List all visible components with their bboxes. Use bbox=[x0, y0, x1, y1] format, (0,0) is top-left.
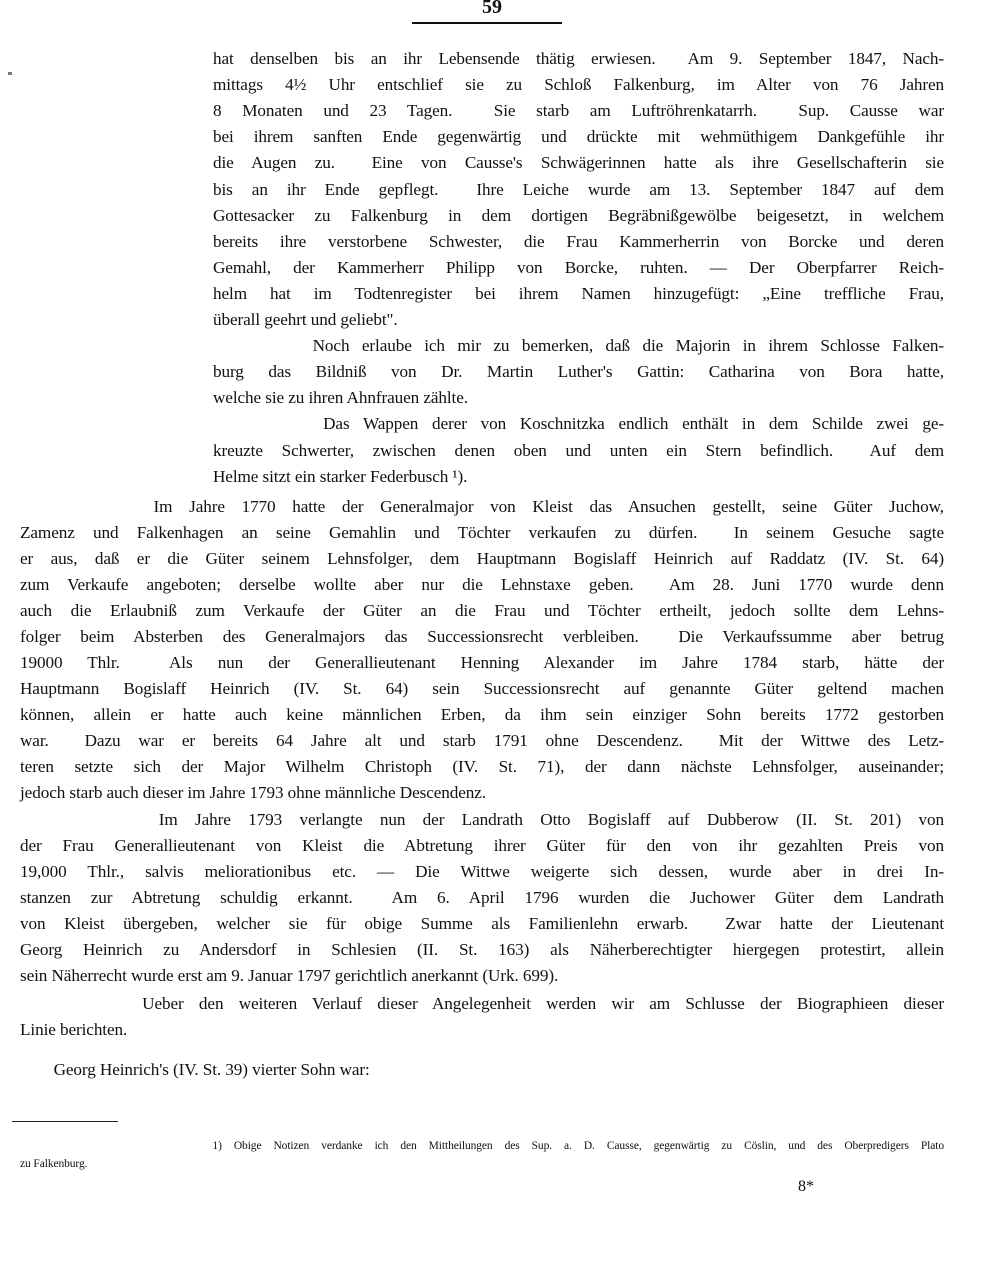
text-line: er aus, daß er die Güter seinem Lehnsfol… bbox=[20, 546, 944, 572]
header-rule bbox=[412, 22, 562, 24]
text-line: können, allein er hatte auch keine männl… bbox=[20, 702, 944, 728]
text-line: Gottesacker zu Falkenburg in dem dortige… bbox=[213, 203, 944, 229]
text-line: zum Verkaufe angeboten; derselbe wollte … bbox=[20, 572, 944, 598]
text-line: bereits ihre verstorbene Schwester, die … bbox=[213, 229, 944, 255]
text-line: der Frau Generallieutenant von Kleist di… bbox=[20, 833, 944, 859]
text-line: 19000 Thlr. Als nun der Generallieutenan… bbox=[20, 650, 944, 676]
text-line: überall geehrt und geliebt". bbox=[213, 307, 944, 333]
text-line: war. Dazu war er bereits 64 Jahre alt un… bbox=[20, 728, 944, 754]
text-line: Im Jahre 1793 verlangte nun der Landrath… bbox=[20, 807, 944, 833]
signature-mark: 8* bbox=[798, 1178, 814, 1196]
text-line: burg das Bildniß von Dr. Martin Luther's… bbox=[213, 359, 944, 385]
page-number: 59 bbox=[0, 0, 984, 19]
text-line: bei ihrem sanften Ende gegenwärtig und d… bbox=[213, 124, 944, 150]
footnote-rule bbox=[12, 1121, 118, 1122]
text-line: Hauptmann Bogislaff Heinrich (IV. St. 64… bbox=[20, 676, 944, 702]
text-line: helm hat im Todtenregister bei ihrem Nam… bbox=[213, 281, 944, 307]
text-line: von Kleist übergeben, welcher sie für ob… bbox=[20, 911, 944, 937]
margin-mark bbox=[8, 72, 12, 75]
text-line: Das Wappen derer von Koschnitzka endlich… bbox=[213, 411, 944, 437]
text-line: Linie berichten. bbox=[20, 1017, 944, 1043]
text-line: folger beim Absterben des Generalmajors … bbox=[20, 624, 944, 650]
text-line: Georg Heinrich zu Andersdorf in Schlesie… bbox=[20, 937, 944, 963]
text-line: Noch erlaube ich mir zu bemerken, daß di… bbox=[213, 333, 944, 359]
text-line: die Augen zu. Eine von Causse's Schwäger… bbox=[213, 150, 944, 176]
text-line: teren setzte sich der Major Wilhelm Chri… bbox=[20, 754, 944, 780]
text-line: Georg Heinrich's (IV. St. 39) vierter So… bbox=[20, 1057, 944, 1083]
text-line: auch die Erlaubniß zum Verkaufe der Güte… bbox=[20, 598, 944, 624]
text-line: Gemahl, der Kammerherr Philipp von Borck… bbox=[213, 255, 944, 281]
text-line: Zamenz und Falkenhagen an seine Gemahlin… bbox=[20, 520, 944, 546]
text-line: mittags 4½ Uhr entschlief sie zu Schloß … bbox=[213, 72, 944, 98]
text-line: sein Näherrecht wurde erst am 9. Januar … bbox=[20, 963, 944, 989]
text-line: 19,000 Thlr., salvis meliorationibus etc… bbox=[20, 859, 944, 885]
text-line: stanzen zur Abtretung schuldig erkannt. … bbox=[20, 885, 944, 911]
text-line: Im Jahre 1770 hatte der Generalmajor von… bbox=[20, 494, 944, 520]
text-line: 1) Obige Notizen verdanke ich den Mitthe… bbox=[20, 1138, 944, 1154]
text-line: jedoch starb auch dieser im Jahre 1793 o… bbox=[20, 780, 944, 806]
text-line: welche sie zu ihren Ahnfrauen zählte. bbox=[213, 385, 944, 411]
text-line: hat denselben bis an ihr Lebensende thät… bbox=[213, 46, 944, 72]
text-line: Ueber den weiteren Verlauf dieser Angele… bbox=[20, 991, 944, 1017]
text-line: zu Falkenburg. bbox=[20, 1156, 944, 1172]
text-line: 8 Monaten und 23 Tagen. Sie starb am Luf… bbox=[213, 98, 944, 124]
text-line: Helme sitzt ein starker Federbusch ¹). bbox=[213, 464, 944, 490]
text-line: kreuzte Schwerter, zwischen denen oben u… bbox=[213, 438, 944, 464]
text-line: bis an ihr Ende gepflegt. Ihre Leiche wu… bbox=[213, 177, 944, 203]
